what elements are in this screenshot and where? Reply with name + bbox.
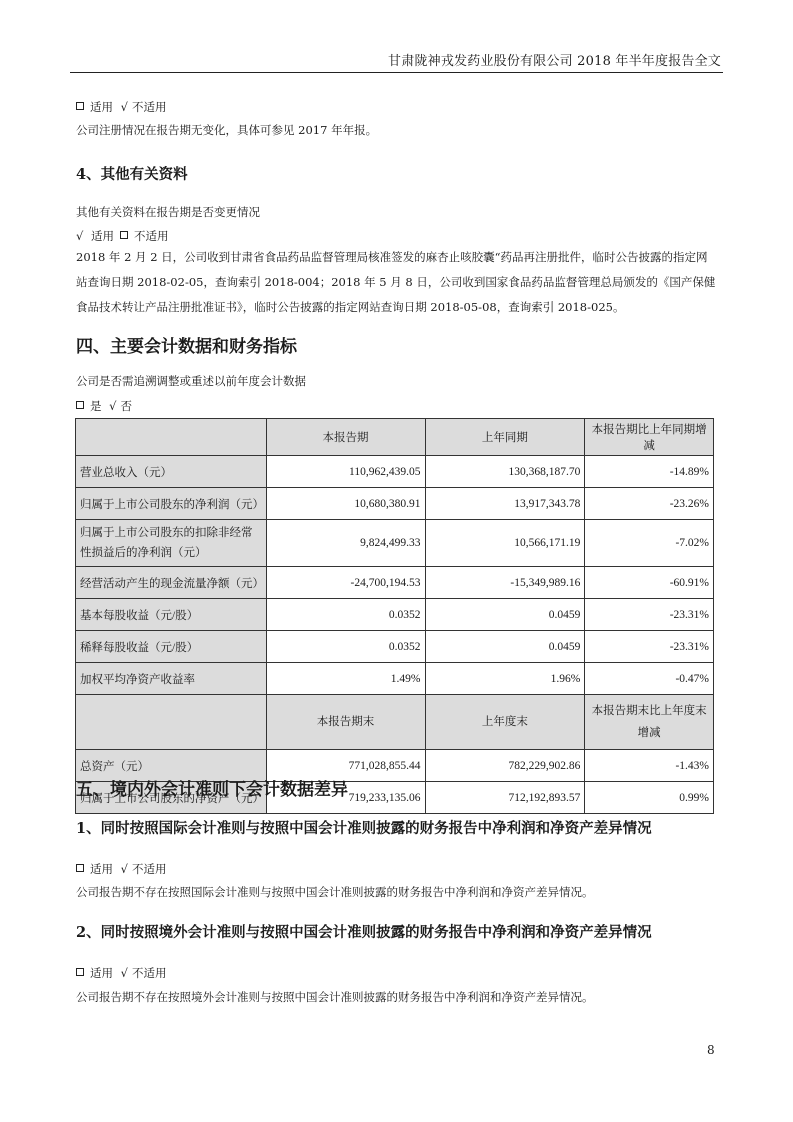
- option-applicable: 适用: [90, 966, 113, 980]
- table-header-cell: 本报告期比上年同期增减: [585, 419, 714, 456]
- prior-period-value: 10,566,171.19: [425, 520, 585, 567]
- table-row: 基本每股收益（元/股） 0.0352 0.0459 -23.31%: [76, 599, 714, 631]
- overseas-text: 公司报告期不存在按照境外会计准则与按照中国会计准则披露的财务报告中净利润和净资产…: [76, 989, 594, 1005]
- subsection-heading-ifrs: 1、同时按照国际会计准则与按照中国会计准则披露的财务报告中净利润和净资产差异情况: [76, 817, 652, 838]
- table-row: 稀释每股收益（元/股） 0.0352 0.0459 -23.31%: [76, 631, 714, 663]
- current-period-value: 9,824,499.33: [266, 520, 425, 567]
- other-info-question: 其他有关资料在报告期是否变更情况: [76, 204, 260, 220]
- option-not-applicable: 不适用: [132, 862, 167, 876]
- ifrs-options: 适用 √不适用: [76, 861, 166, 877]
- table-row: 归属于上市公司股东的净利润（元） 10,680,380.91 13,917,34…: [76, 488, 714, 520]
- other-info-paragraph: 2018 年 2 月 2 日，公司收到甘肃省食品药品监督管理局核准签发的麻杏止咳…: [76, 245, 716, 320]
- table-header-cell: [76, 695, 267, 750]
- table-row: 营业总收入（元） 110,962,439.05 130,368,187.70 -…: [76, 456, 714, 488]
- prior-period-value: 0.0459: [425, 631, 585, 663]
- change-value: -0.47%: [585, 663, 714, 695]
- prior-year-end-value: 712,192,893.57: [425, 782, 585, 814]
- registration-text: 公司注册情况在报告期无变化，具体可参见 2017 年年报。: [76, 122, 377, 138]
- option-yes: 是: [90, 399, 102, 413]
- check-icon: √: [76, 229, 83, 243]
- option-applicable: 适用: [90, 862, 113, 876]
- financial-data-table: 本报告期 上年同期 本报告期比上年同期增减 营业总收入（元） 110,962,4…: [75, 418, 714, 814]
- current-period-value: 1.49%: [266, 663, 425, 695]
- prior-period-value: 1.96%: [425, 663, 585, 695]
- unchecked-box-icon: [76, 401, 84, 409]
- row-label: 归属于上市公司股东的净利润（元）: [76, 488, 267, 520]
- change-value: 0.99%: [585, 782, 714, 814]
- table-header-row: 本报告期 上年同期 本报告期比上年同期增减: [76, 419, 714, 456]
- subsection-heading-overseas: 2、同时按照境外会计准则与按照中国会计准则披露的财务报告中净利润和净资产差异情况: [76, 921, 652, 942]
- overseas-options: 适用 √不适用: [76, 965, 166, 981]
- row-label: 稀释每股收益（元/股）: [76, 631, 267, 663]
- current-period-value: -24,700,194.53: [266, 567, 425, 599]
- change-value: -1.43%: [585, 750, 714, 782]
- header-rule: [70, 72, 723, 73]
- section-heading-other-info: 4、其他有关资料: [76, 163, 188, 184]
- table-header-cell: 本报告期末比上年度末增减: [585, 695, 714, 750]
- prior-period-value: -15,349,989.16: [425, 567, 585, 599]
- page-number: 8: [707, 1043, 715, 1057]
- table-row: 加权平均净资产收益率 1.49% 1.96% -0.47%: [76, 663, 714, 695]
- table-subheader-row: 本报告期末 上年度末 本报告期末比上年度末增减: [76, 695, 714, 750]
- prior-period-value: 13,917,343.78: [425, 488, 585, 520]
- change-value: -7.02%: [585, 520, 714, 567]
- option-applicable: 适用: [90, 100, 113, 114]
- current-period-value: 110,962,439.05: [266, 456, 425, 488]
- prior-period-value: 0.0459: [425, 599, 585, 631]
- current-period-value: 0.0352: [266, 599, 425, 631]
- check-icon: √: [121, 862, 128, 876]
- other-info-options: √ 适用不适用: [76, 228, 168, 244]
- table-header-cell: 本报告期末: [266, 695, 425, 750]
- prior-period-value: 130,368,187.70: [425, 456, 585, 488]
- unchecked-box-icon: [120, 231, 128, 239]
- page-header-title: 甘肃陇神戎发药业股份有限公司 2018 年半年度报告全文: [388, 50, 721, 69]
- restatement-question: 公司是否需追溯调整或重述以前年度会计数据: [76, 373, 306, 389]
- row-label: 基本每股收益（元/股）: [76, 599, 267, 631]
- change-value: -23.26%: [585, 488, 714, 520]
- option-not-applicable: 不适用: [132, 100, 167, 114]
- table-row: 归属于上市公司股东的扣除非经常性损益后的净利润（元） 9,824,499.33 …: [76, 520, 714, 567]
- row-label: 营业总收入（元）: [76, 456, 267, 488]
- current-period-value: 10,680,380.91: [266, 488, 425, 520]
- check-icon: √: [121, 100, 128, 114]
- row-label: 归属于上市公司股东的扣除非经常性损益后的净利润（元）: [76, 520, 267, 567]
- option-applicable: 适用: [91, 229, 114, 243]
- registration-options: 适用 √不适用: [76, 99, 166, 115]
- check-icon: √: [121, 966, 128, 980]
- change-value: -23.31%: [585, 631, 714, 663]
- row-label: 加权平均净资产收益率: [76, 663, 267, 695]
- option-not-applicable: 不适用: [134, 229, 169, 243]
- table-header-cell: 上年度末: [425, 695, 585, 750]
- unchecked-box-icon: [76, 102, 84, 110]
- table-row: 经营活动产生的现金流量净额（元） -24,700,194.53 -15,349,…: [76, 567, 714, 599]
- table-header-cell: 本报告期: [266, 419, 425, 456]
- table-header-cell: 上年同期: [425, 419, 585, 456]
- unchecked-box-icon: [76, 968, 84, 976]
- row-label: 经营活动产生的现金流量净额（元）: [76, 567, 267, 599]
- ifrs-text: 公司报告期不存在按照国际会计准则与按照中国会计准则披露的财务报告中净利润和净资产…: [76, 884, 594, 900]
- table-header-cell: [76, 419, 267, 456]
- restatement-options: 是 √否: [76, 398, 132, 414]
- prior-year-end-value: 782,229,902.86: [425, 750, 585, 782]
- section-heading-accounting-differences: 五、境内外会计准则下会计数据差异: [76, 775, 348, 800]
- section-heading-financial-data: 四、主要会计数据和财务指标: [76, 332, 297, 357]
- option-no: 否: [120, 399, 132, 413]
- option-not-applicable: 不适用: [132, 966, 167, 980]
- check-icon: √: [109, 399, 116, 413]
- change-value: -23.31%: [585, 599, 714, 631]
- change-value: -60.91%: [585, 567, 714, 599]
- unchecked-box-icon: [76, 864, 84, 872]
- change-value: -14.89%: [585, 456, 714, 488]
- current-period-value: 0.0352: [266, 631, 425, 663]
